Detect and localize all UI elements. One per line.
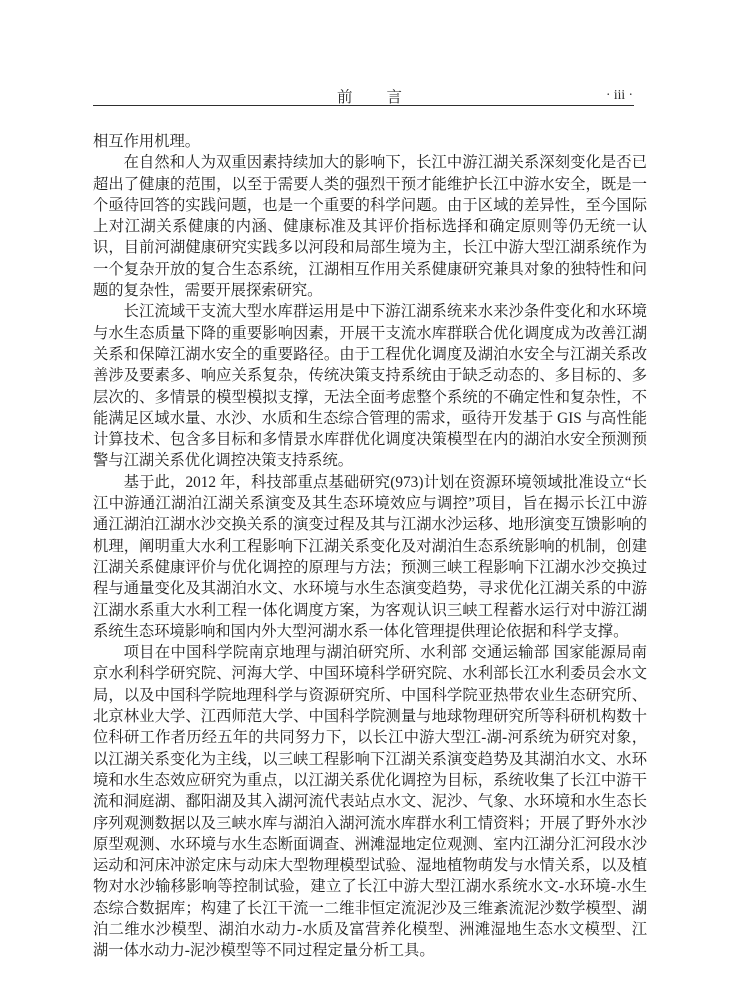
paragraph-continuation: 相互作用机理。	[93, 131, 647, 152]
page-header: 前 言 · iii ·	[93, 85, 647, 105]
paragraph-973-program: 基于此，2012 年，科技部重点基础研究(973)计划在资源环境领域批准设立“长…	[93, 472, 647, 642]
page-title: 前 言	[93, 85, 647, 107]
book-page: 前 言 · iii · 相互作用机理。 在自然和人为双重因素持续加大的影响下，长…	[0, 0, 729, 1005]
paragraph-health-question: 在自然和人为双重因素持续加大的影响下，长江中游江湖关系深刻变化是否已超出了健康的…	[93, 152, 647, 301]
preface-body: 相互作用机理。 在自然和人为双重因素持续加大的影响下，长江中游江湖关系深刻变化是…	[93, 131, 647, 962]
paragraph-reservoir-operation: 长江流域干支流大型水库群运用是中下游江湖系统来水来沙条件变化和水环境与水生态质量…	[93, 301, 647, 471]
paragraph-project-institutions: 项目在中国科学院南京地理与湖泊研究所、水利部 交通运输部 国家能源局南京水利科学…	[93, 642, 647, 961]
page-number: · iii ·	[606, 87, 633, 103]
header-divider	[93, 105, 634, 106]
